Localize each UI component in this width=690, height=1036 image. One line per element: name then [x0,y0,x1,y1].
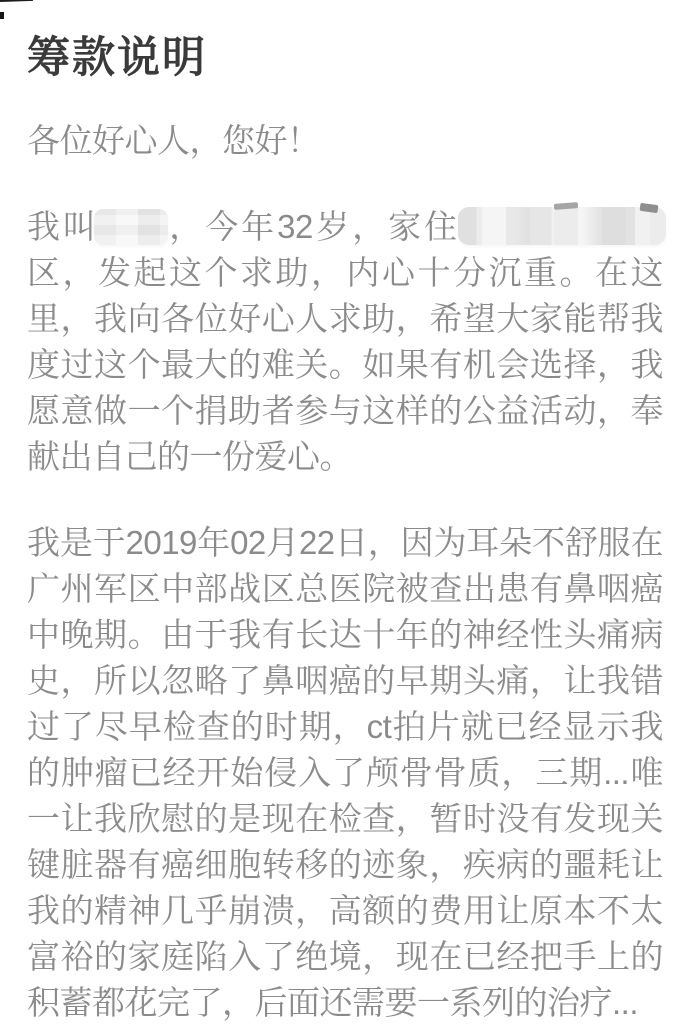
redacted-name-blur [94,209,168,245]
paragraph-text: 我叫 [27,208,99,245]
paragraph-text: ，今年32岁，家住 [166,208,460,245]
redacted-address-blur [458,207,666,245]
intro-paragraph: 我叫，今年32岁，家住区，发起这个求助，内心十分沉重。在这里，我向各位好心人求助… [27,204,663,480]
story-paragraph: 我是于2019年02月22日，因为耳朵不舒服在广州军区中部战区总医院被查出患有鼻… [27,520,663,1026]
paragraph-text: 区，发起这个求助，内心十分沉重。在这里，我向各位好心人求助，希望大家能帮我度过这… [27,254,663,475]
fundraising-description-page: { "page": { "background_color": "#ffffff… [0,0,690,1036]
page-title: 筹款说明 [27,33,663,84]
greeting-text: 各位好心人，您好！ [27,118,663,164]
screenshot-artifact-dot [0,12,4,19]
content-area: 筹款说明 各位好心人，您好！ 我叫，今年32岁，家住区，发起这个求助，内心十分沉… [0,0,690,1026]
